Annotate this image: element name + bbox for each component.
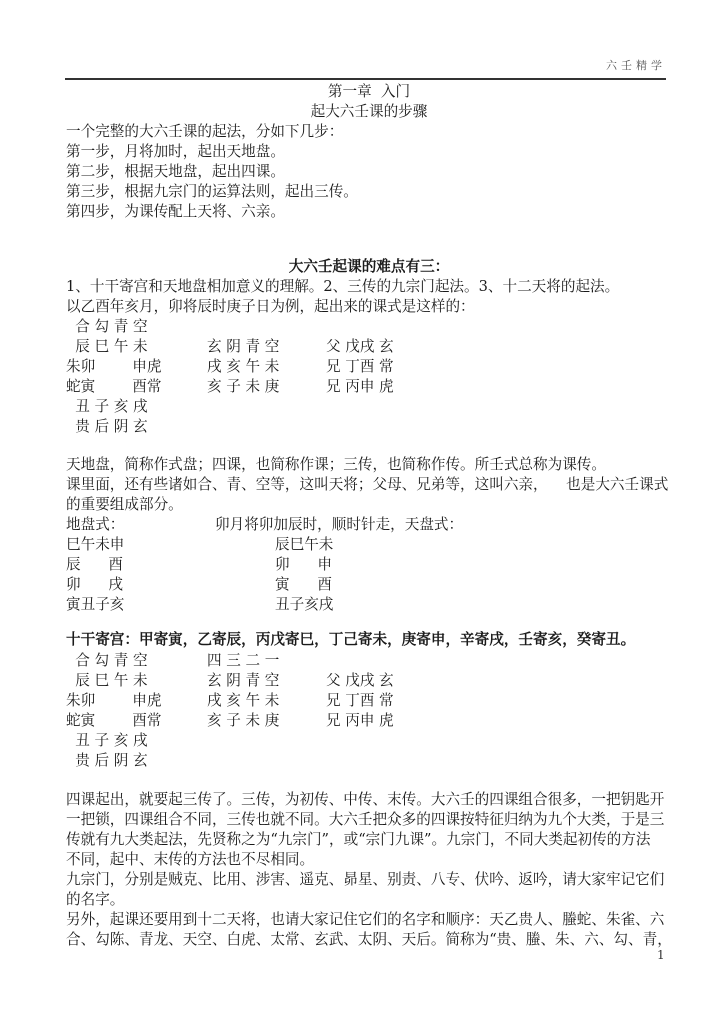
diagram-row-col1: 丑 子 亥 戌: [66, 731, 148, 751]
diagram-row-col1: 蛇寅 酉常: [66, 377, 162, 397]
heaven-plate-row: 丑子亥戌: [275, 595, 333, 615]
diagram-row-col1: 朱卯 申虎: [66, 691, 162, 711]
diagram-row-col3: 兄 丁酉 常: [326, 357, 394, 377]
explanation-line: 的重要组成部分。: [66, 495, 183, 515]
diagram-row-col1: 合 勾 青 空: [66, 317, 148, 337]
diagram-row-col1: 蛇寅 酉常: [66, 711, 162, 731]
diagram-row-col1: 贵 后 阴 玄: [66, 751, 148, 771]
heaven-plate-row: 卯 申: [275, 555, 332, 575]
closing-line: 的名字。: [66, 890, 124, 910]
intro-line: 一个完整的大六壬课的起法，分如下几步：: [66, 122, 343, 142]
section-title: 大六壬起课的难点有三：: [0, 257, 724, 277]
earth-plate-row: 巳午未申: [66, 535, 124, 555]
diagram-row-col1: 丑 子 亥 戌: [66, 397, 148, 417]
page-number: 1: [657, 948, 665, 962]
earth-plate-row: 卯 戌: [66, 575, 123, 595]
diagram-row-col1: 合 勾 青 空: [66, 651, 148, 671]
difficulty-line: 以乙酉年亥月，卯将辰时庚子日为例，起出来的课式是这样的：: [66, 297, 475, 317]
diagram-row-col1: 贵 后 阴 玄: [66, 417, 148, 437]
page-header-label: 六壬精学: [606, 57, 666, 73]
diagram-row-col1: 朱卯 申虎: [66, 357, 162, 377]
intro-line: 第二步，根据天地盘，起出四课。: [66, 162, 285, 182]
closing-line: 一把锁，四课组合不同，三传也就不同。大六壬把众多的四课按特征归纳为九个大类，于是…: [66, 810, 664, 830]
ten-stems-line: 十干寄宫：甲寄寅，乙寄辰，丙戊寄巳，丁己寄未，庚寄申，辛寄戌，壬寄亥，癸寄丑。: [66, 630, 635, 650]
diagram-row-col3: 父 戊戌 玄: [326, 337, 394, 357]
diagram-row-col1: 辰 巳 午 未: [66, 671, 148, 691]
header-rule: [65, 78, 666, 80]
chapter-subtitle: 起大六壬课的步骤: [0, 102, 724, 122]
earth-plate-label: 地盘式：: [66, 515, 124, 535]
diagram-row-col1: 辰 巳 午 未: [66, 337, 148, 357]
diagram-row-col2: 戌 亥 午 未: [207, 357, 279, 377]
diagram-row-col3: 兄 丙申 虎: [326, 711, 394, 731]
intro-line: 第一步，月将加时，起出天地盘。: [66, 142, 285, 162]
diagram-row-col3: 父 戊戌 玄: [326, 671, 394, 691]
closing-line: 另外，起课还要用到十二天将，也请大家记住它们的名字和顺序：天乙贵人、螣蛇、朱雀、…: [66, 910, 664, 930]
earth-plate-row: 辰 酉: [66, 555, 123, 575]
explanation-line: 天地盘，简称作式盘；四课，也简称作课；三传，也简称作传。所壬式总称为课传。: [66, 455, 606, 475]
closing-line: 九宗门，分别是贼克、比用、涉害、遥克、昴星、别责、八专、伏吟、返吟，请大家牢记它…: [66, 870, 664, 890]
heaven-plate-row: 辰巳午未: [275, 535, 333, 555]
difficulty-line: 1、十干寄宫和天地盘相加意义的理解。2、三传的九宗门起法。3、十二天将的起法。: [66, 277, 619, 297]
intro-line: 第三步，根据九宗门的运算法则，起出三传。: [66, 182, 358, 202]
closing-line: 不同，起中、末传的方法也不尽相同。: [66, 850, 314, 870]
closing-line: 传就有九大类起法，先贤称之为“九宗门”，或“宗门九课”。九宗门，不同大类起初传的…: [66, 830, 650, 850]
intro-line: 第四步，为课传配上天将、六亲。: [66, 202, 285, 222]
closing-line: 合、勾陈、青龙、天空、白虎、太常、玄武、太阴、天后。简称为“贵、螣、朱、六、勾、…: [66, 930, 672, 950]
chapter-title: 第一章 入门: [0, 82, 724, 102]
explanation-line: 课里面，还有些诸如合、青、空等，这叫天将；父母、兄弟等，这叫六亲， 也是大六壬课…: [66, 475, 668, 495]
earth-plate-row: 寅丑子亥: [66, 595, 124, 615]
heaven-plate-row: 寅 酉: [275, 575, 332, 595]
diagram-row-col3: 兄 丁酉 常: [326, 691, 394, 711]
closing-line: 四课起出，就要起三传了。三传，为初传、中传、末传。大六壬的四课组合很多，一把钥匙…: [66, 790, 664, 810]
diagram-row-col2: 戌 亥 午 未: [207, 691, 279, 711]
diagram-row-col3: 兄 丙申 虎: [326, 377, 394, 397]
diagram-row-col2: 玄 阴 青 空: [207, 337, 279, 357]
diagram-row-col2: 四 三 二 一: [207, 651, 279, 671]
diagram-row-col2: 亥 子 未 庚: [207, 377, 279, 397]
diagram-row-col2: 亥 子 未 庚: [207, 711, 279, 731]
heaven-plate-label: 卯月将卯加辰时，顺时针走，天盘式：: [215, 515, 463, 535]
diagram-row-col2: 玄 阴 青 空: [207, 671, 279, 691]
